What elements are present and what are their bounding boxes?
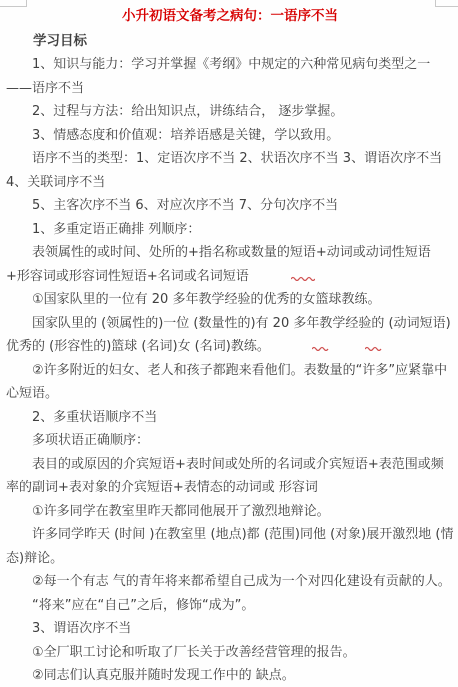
paragraph: 许多同学昨天 (时间 )在教室里 (地点)都 (范围)同他 (对象)展开激烈地 … [6, 523, 454, 570]
paragraph-text: ②许多附近的妇女、老人和孩子都跑来看他们。表数量的“许多”应紧靠中心短语。 [6, 363, 447, 402]
paragraph-text: 1、多重定语正确排 列顺序： [32, 222, 200, 237]
paragraph-text: ②同志们认真克服并随时发现工作中的 缺点。 [32, 668, 295, 683]
paragraph: 语序不当的类型：1、定语次序不当 2、状语次序不当 3、谓语次序不当 4、关联词… [6, 147, 454, 194]
document-page: 小升初语文备考之病句：一语序不当 学习目标 1、知识与能力：学习并掌握《考纲》中… [0, 0, 458, 687]
red-squiggle-mark [265, 275, 315, 281]
paragraph-text: ①国家队里的一位有 20 多年教学经验的优秀的女篮球教练。 [32, 292, 380, 307]
paragraph: 多项状语正确顺序： [6, 429, 454, 453]
paragraph: 1、多重定语正确排 列顺序： [6, 218, 454, 242]
paragraph: ①许多同学在教室里昨天都同他展开了激烈地辩论。 [6, 500, 454, 524]
paragraph-text: 语序不当的类型：1、定语次序不当 2、状语次序不当 3、谓语次序不当 4、关联词… [6, 151, 442, 190]
paragraph-text: 2、多重状语顺序不当 [32, 410, 157, 425]
paragraph: 表目的或原因的介宾短语+表时间或处所的名词或介宾短语+表范围或频率的副词+表对象… [6, 453, 454, 500]
paragraph: ②每一个有志 气的青年将来都希望自己成为一个对四化建设有贡献的人。 [6, 570, 454, 594]
paragraph-text: “将来”应在“自己”之后，修饰“成为”。 [32, 598, 254, 613]
paragraph: 1、知识与能力：学习并掌握《考纲》中规定的六种常见病句类型之一——语序不当 [6, 53, 454, 100]
paragraph: ②许多附近的妇女、老人和孩子都跑来看他们。表数量的“许多”应紧靠中心短语。 [6, 359, 454, 406]
paragraph: 5、主客次序不当 6、对应次序不当 7、分句次序不当 [6, 194, 454, 218]
paragraph: 3、谓语次序不当 [6, 617, 454, 641]
paragraph: 国家队里的 (领属性的)一位 (数量性的)有 20 多年教学经验的 (动词短语)… [6, 312, 454, 359]
paragraph: 2、多重状语顺序不当 [6, 406, 454, 430]
document-title: 小升初语文备考之病句：一语序不当 [6, 5, 454, 29]
paragraph: 2、过程与方法：给出知识点，讲练结合， 逐步掌握。 [6, 100, 454, 124]
paragraph-text: 1、知识与能力：学习并掌握《考纲》中规定的六种常见病句类型之一——语序不当 [6, 57, 430, 96]
paragraph-text: ①全厂职工讨论和听取了厂长关于改善经营管理的报告。 [32, 645, 356, 660]
paragraph-text: 国家队里的 (领属性的)一位 (数量性的)有 20 多年教学经验的 (动词短语)… [6, 316, 451, 355]
paragraph-text: 3、情感态度和价值观：培养语感是关键，学以致用。 [32, 128, 339, 143]
paragraph: ②同志们认真克服并随时发现工作中的 缺点。 [6, 664, 454, 687]
paragraph-text: 5、主客次序不当 6、对应次序不当 7、分句次序不当 [32, 198, 338, 213]
red-squiggle-mark [339, 345, 382, 351]
paragraph-text: 许多同学昨天 (时间 )在教室里 (地点)都 (范围)同他 (对象)展开激烈地 … [6, 527, 453, 566]
text-boundary-corner-mark-left [0, 0, 27, 7]
red-squiggle-mark [286, 345, 329, 351]
document-body: 小升初语文备考之病句：一语序不当 学习目标 1、知识与能力：学习并掌握《考纲》中… [0, 0, 458, 687]
paragraph: 3、情感态度和价值观：培养语感是关键，学以致用。 [6, 124, 454, 148]
paragraph: “将来”应在“自己”之后，修饰“成为”。 [6, 594, 454, 618]
paragraph-text: ②每一个有志 气的青年将来都希望自己成为一个对四化建设有贡献的人。 [32, 574, 451, 589]
paragraph-text: 表领属性的或时间、处所的+指名称或数量的短语+动词或动词性短语+形容词或形容词性… [6, 245, 431, 284]
section-heading: 学习目标 [6, 30, 454, 54]
paragraph-text: 多项状语正确顺序： [32, 433, 149, 448]
paragraph: ①国家队里的一位有 20 多年教学经验的优秀的女篮球教练。 [6, 288, 454, 312]
paragraph-text: 3、谓语次序不当 [32, 621, 131, 636]
paragraph: ①全厂职工讨论和听取了厂长关于改善经营管理的报告。 [6, 641, 454, 665]
paragraph-text: 2、过程与方法：给出知识点，讲练结合， 逐步掌握。 [32, 104, 343, 119]
paragraph-text: 表目的或原因的介宾短语+表时间或处所的名词或介宾短语+表范围或频率的副词+表对象… [6, 457, 444, 496]
paragraph-text: ①许多同学在教室里昨天都同他展开了激烈地辩论。 [32, 504, 330, 519]
text-boundary-corner-mark-right [435, 0, 458, 7]
paragraph: 表领属性的或时间、处所的+指名称或数量的短语+动词或动词性短语+形容词或形容词性… [6, 241, 454, 288]
